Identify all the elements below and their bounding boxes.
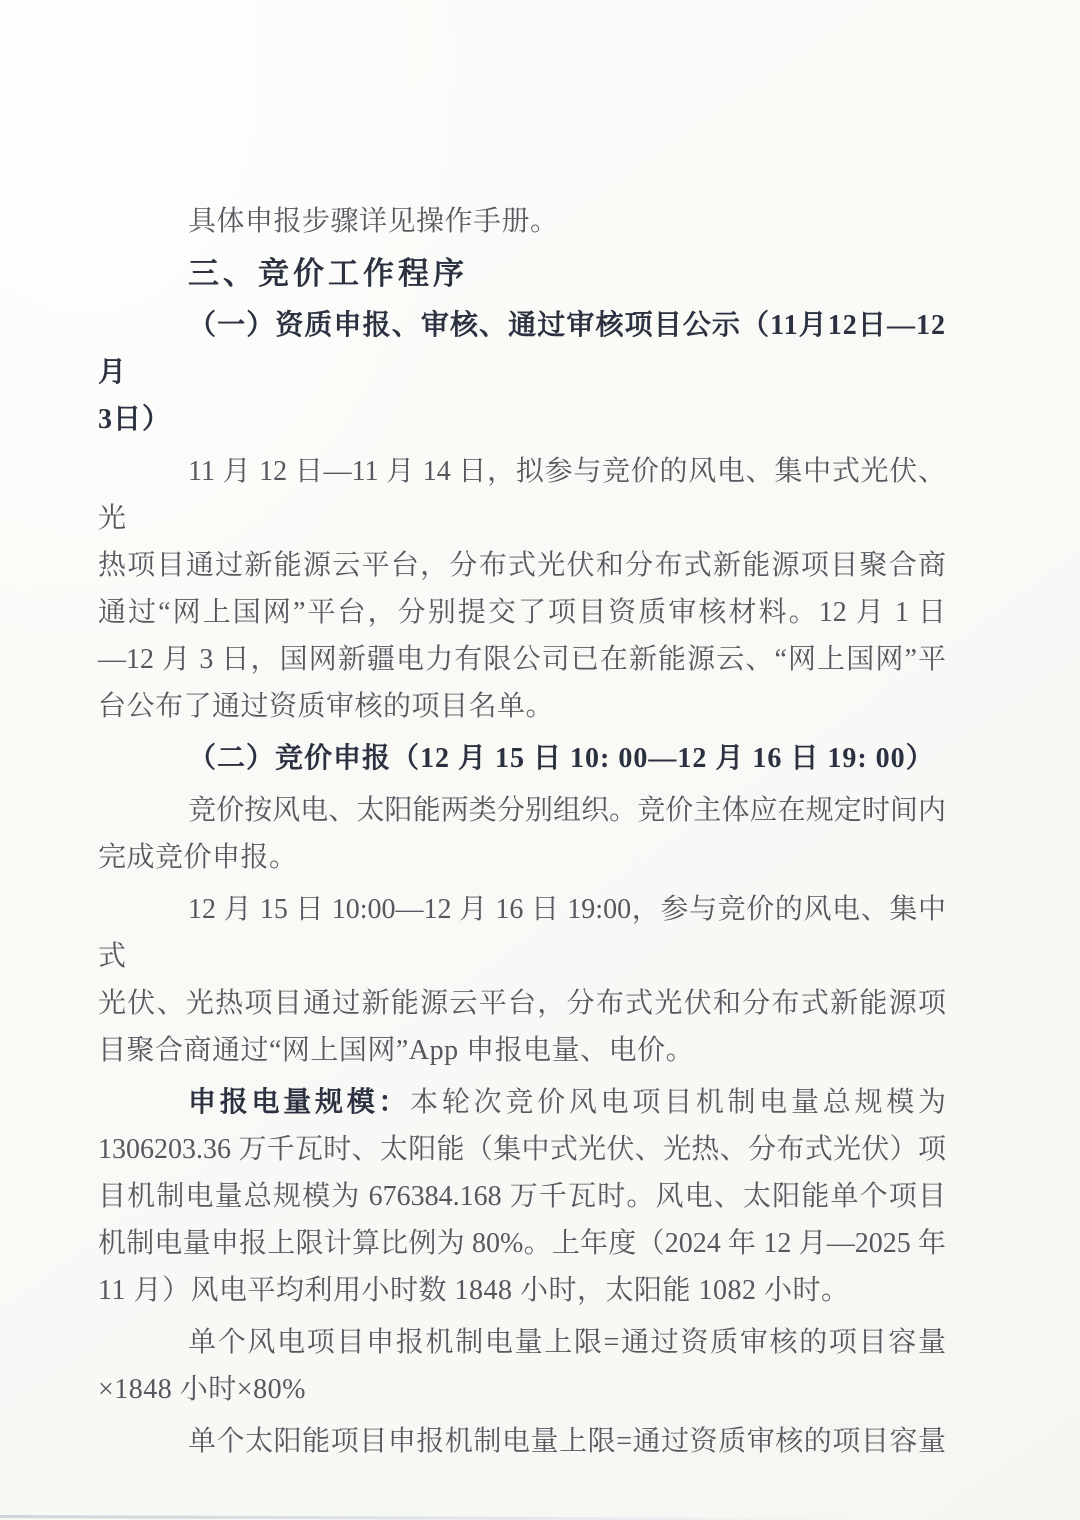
- paragraph: 竞价按风电、太阳能两类分别组织。竞价主体应在规定时间内完成竞价申报。: [98, 787, 946, 881]
- scan-edge-artifact: [0, 1515, 850, 1520]
- text-line: 1306203.36 万千瓦时、太阳能（集中式光伏、光热、分布式光伏）项: [98, 1126, 946, 1173]
- text-run: 竞价按风电、太阳能两类分别组织。竞价主体应在规定时间内: [188, 795, 946, 826]
- text-run: ×1848 小时×80%: [98, 1374, 306, 1405]
- text-run: 目机制电量总规模为 676384.168 万千瓦时。风电、太阳能单个项目: [98, 1181, 946, 1212]
- text-line: 通过“网上国网”平台，分别提交了项目资质审核材料。12 月 1 日: [98, 589, 946, 636]
- text-line: 11 月 12 日—11 月 14 日，拟参与竞价的风电、集中式光伏、光: [98, 448, 946, 542]
- paragraph: 具体申报步骤详见操作手册。: [98, 198, 946, 245]
- text-run: 3日）: [98, 404, 171, 435]
- text-run: 12 月 15 日 10:00—12 月 16 日 19:00，参与竞价的风电、…: [98, 894, 946, 972]
- text-run: 三、竞价工作程序: [188, 256, 468, 291]
- text-line: 机制电量申报上限计算比例为 80%。上年度（2024 年 12 月—2025 年: [98, 1220, 946, 1267]
- paragraph: 12 月 15 日 10:00—12 月 16 日 19:00，参与竞价的风电、…: [98, 886, 946, 1074]
- text-line: 11 月）风电平均利用小时数 1848 小时，太阳能 1082 小时。: [98, 1267, 946, 1314]
- text-line: 竞价按风电、太阳能两类分别组织。竞价主体应在规定时间内: [98, 787, 946, 834]
- text-line: ×1848 小时×80%: [98, 1366, 946, 1413]
- text-run: 目聚合商通过“网上国网”App 申报电量、电价。: [98, 1035, 694, 1066]
- text-line: 申报电量规模：本轮次竞价风电项目机制电量总规模为: [98, 1079, 946, 1126]
- text-run: —12 月 3 日，国网新疆电力有限公司已在新能源云、“网上国网”平: [98, 644, 946, 675]
- text-run: 机制电量申报上限计算比例为 80%。上年度（2024 年 12 月—2025 年: [98, 1228, 946, 1259]
- text-line: 目聚合商通过“网上国网”App 申报电量、电价。: [98, 1027, 946, 1074]
- section-heading: （一）资质申报、审核、通过审核项目公示（11月12日—12月3日）: [98, 302, 946, 443]
- paragraph: 11 月 12 日—11 月 14 日，拟参与竞价的风电、集中式光伏、光热项目通…: [98, 448, 946, 730]
- text-line: 12 月 15 日 10:00—12 月 16 日 19:00，参与竞价的风电、…: [98, 886, 946, 980]
- document-page: 具体申报步骤详见操作手册。三、竞价工作程序（一）资质申报、审核、通过审核项目公示…: [0, 0, 1080, 1520]
- text-run: 光伏、光热项目通过新能源云平台，分布式光伏和分布式新能源项: [98, 988, 946, 1019]
- text-line: 单个风电项目申报机制电量上限=通过资质审核的项目容量: [98, 1319, 946, 1366]
- text-line: 台公布了通过资质审核的项目名单。: [98, 683, 946, 730]
- text-run: 1306203.36 万千瓦时、太阳能（集中式光伏、光热、分布式光伏）项: [98, 1134, 946, 1165]
- text-line: 三、竞价工作程序: [98, 250, 946, 297]
- text-line: （二）竞价申报（12 月 15 日 10: 00—12 月 16 日 19: 0…: [98, 735, 946, 782]
- text-run: 完成竞价申报。: [98, 842, 298, 873]
- text-line: —12 月 3 日，国网新疆电力有限公司已在新能源云、“网上国网”平: [98, 636, 946, 683]
- text-run: 11 月）风电平均利用小时数 1848 小时，太阳能 1082 小时。: [98, 1275, 849, 1306]
- section-heading: 三、竞价工作程序: [98, 250, 946, 297]
- document-text: 具体申报步骤详见操作手册。三、竞价工作程序（一）资质申报、审核、通过审核项目公示…: [98, 198, 946, 1465]
- text-run: 热项目通过新能源云平台，分布式光伏和分布式新能源项目聚合商: [98, 550, 946, 581]
- text-run: 单个风电项目申报机制电量上限=通过资质审核的项目容量: [188, 1327, 946, 1358]
- paragraph: 单个太阳能项目申报机制电量上限=通过资质审核的项目容量: [98, 1418, 946, 1465]
- text-line: 光伏、光热项目通过新能源云平台，分布式光伏和分布式新能源项: [98, 980, 946, 1027]
- text-line: 热项目通过新能源云平台，分布式光伏和分布式新能源项目聚合商: [98, 542, 946, 589]
- text-run: （一）资质申报、审核、通过审核项目公示（11月12日—12月: [98, 310, 946, 388]
- text-line: 完成竞价申报。: [98, 834, 946, 881]
- text-line: 目机制电量总规模为 676384.168 万千瓦时。风电、太阳能单个项目: [98, 1173, 946, 1220]
- text-run: 单个太阳能项目申报机制电量上限=通过资质审核的项目容量: [188, 1426, 946, 1457]
- text-run: 申报电量规模：: [188, 1087, 410, 1118]
- text-run: 台公布了通过资质审核的项目名单。: [98, 691, 554, 722]
- text-line: （一）资质申报、审核、通过审核项目公示（11月12日—12月: [98, 302, 946, 396]
- text-run: 11 月 12 日—11 月 14 日，拟参与竞价的风电、集中式光伏、光: [98, 456, 946, 534]
- text-line: 单个太阳能项目申报机制电量上限=通过资质审核的项目容量: [98, 1418, 946, 1465]
- text-line: 具体申报步骤详见操作手册。: [98, 198, 946, 245]
- text-run: （二）竞价申报（12 月 15 日 10: 00—12 月 16 日 19: 0…: [188, 743, 935, 774]
- text-run: 具体申报步骤详见操作手册。: [188, 206, 559, 237]
- text-run: 本轮次竞价风电项目机制电量总规模为: [410, 1087, 946, 1118]
- paragraph: 申报电量规模：本轮次竞价风电项目机制电量总规模为1306203.36 万千瓦时、…: [98, 1079, 946, 1314]
- text-run: 通过“网上国网”平台，分别提交了项目资质审核材料。12 月 1 日: [98, 597, 946, 628]
- text-line: 3日）: [98, 396, 946, 443]
- paragraph: 单个风电项目申报机制电量上限=通过资质审核的项目容量×1848 小时×80%: [98, 1319, 946, 1413]
- section-heading: （二）竞价申报（12 月 15 日 10: 00—12 月 16 日 19: 0…: [98, 735, 946, 782]
